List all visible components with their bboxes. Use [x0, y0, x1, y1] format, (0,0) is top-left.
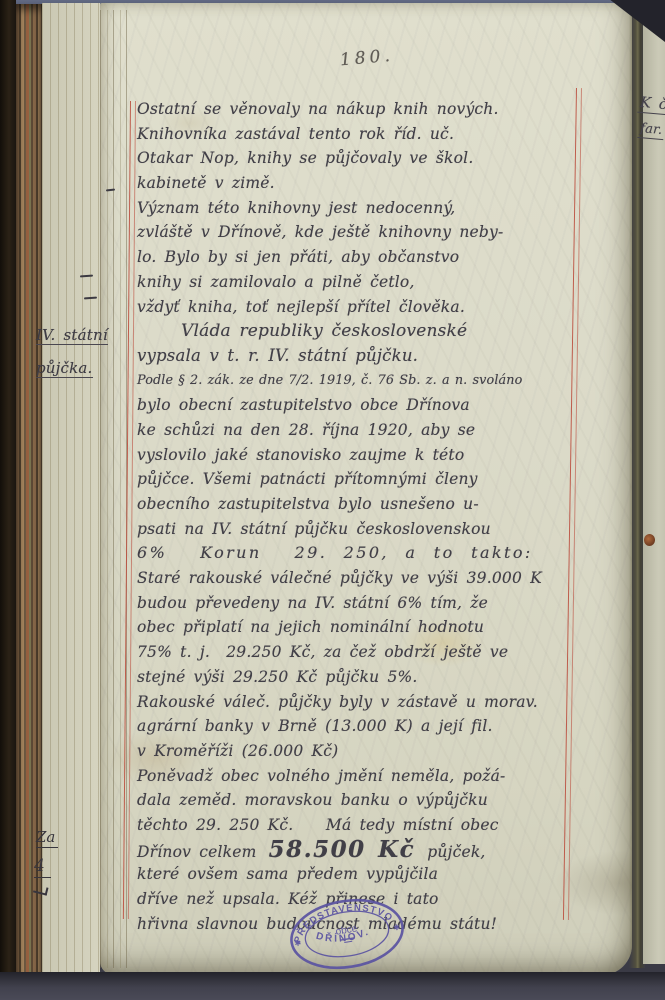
manuscript-line: dala zeměd. moravskou banku o výpůjčku [137, 788, 589, 813]
manuscript-line: kabinetě v zimě. [137, 171, 589, 196]
manuscript-line: které ovšem sama předem vypůjčila [137, 862, 589, 887]
manuscript-line: lo. Bylo by si jen přáti, aby občanstvo [137, 245, 589, 270]
manuscript-line: knihy si zamilovalo a pilně četlo, [137, 270, 589, 295]
manuscript-line: půjčce. Všemi patnácti přítomnými členy [137, 467, 589, 492]
manuscript-line: v Kroměříži (26.000 Kč) [137, 739, 589, 764]
margin-note-line2: půjčka. [36, 359, 93, 378]
stamp-star-right-icon: ✱ [393, 923, 401, 933]
manuscript-line: Staré rakouské válečné půjčky ve výši 39… [137, 566, 589, 591]
manuscript-text-block: Ostatní se věnovaly na nákup knih nových… [137, 97, 589, 936]
book-binding [0, 0, 16, 1000]
manuscript-line: Význam této knihovny jest nedocenný, [137, 196, 589, 221]
manuscript-line: psati na IV. státní půjčku československ… [137, 517, 589, 542]
manuscript-line: zvláště v Dřínově, kde ještě knihovny ne… [137, 220, 589, 245]
manuscript-line: 75% t. j. 29.250 Kč, za čež obdrží ještě… [137, 640, 589, 665]
total-amount: 58.500 Kč [265, 836, 420, 863]
manuscript-line: Rakouské váleč. půjčky byly v zástavě u … [137, 690, 589, 715]
manuscript-line: ke schůzi na den 28. října 1920, aby se [137, 418, 589, 443]
manuscript-line-amount: 6% Korun 29. 250, a to takto: [137, 541, 589, 566]
manuscript-line: vyslovilo jaké stanovisko zaujme k této [137, 443, 589, 468]
margin-note: IV. státní půjčka. [36, 319, 108, 385]
manuscript-line: stejné výši 29.250 Kč půjčku 5%. [137, 665, 589, 690]
manuscript-line: Otakar Nop, knihy se půjčovaly ve škol. [137, 146, 589, 171]
adjacent-page-fragment: far. [637, 121, 665, 140]
manuscript-line: agrární banky v Brně (13.000 K) a její f… [137, 714, 589, 739]
manuscript-line: bylo obecní zastupitelstvo obce Dřínova [137, 393, 589, 418]
manuscript-line: Ostatní se věnovaly na nákup knih nových… [137, 97, 589, 122]
adjacent-page-fragment: K č [637, 95, 665, 116]
edge-mark-numeral: 4 [34, 856, 51, 878]
manuscript-line: těchto 29. 250 Kč. Má tedy místní obec [137, 813, 589, 838]
manuscript-line-paragraph-start: Vláda republiky československé [137, 319, 589, 344]
manuscript-line: Knihovníka zastával tento rok říd. uč. [137, 122, 589, 147]
manuscript-line: vypsala v t. r. IV. státní půjčku. [137, 344, 589, 369]
total-post: půjček, [419, 843, 485, 861]
manuscript-line: obec připlatí na jejich nominální hodnot… [137, 615, 589, 640]
total-pre: Dřínov celkem [137, 843, 265, 861]
manuscript-line: obecního zastupitelstva bylo usnešeno u- [137, 492, 589, 517]
manuscript-line-citation: Podle § 2. zák. ze dne 7/2. 1919, č. 76 … [137, 369, 589, 394]
manuscript-line: budou převedeny na IV. státní 6% tím, že [137, 591, 589, 616]
manuscript-line: vždyť kniha, toť nejlepší přítel člověka… [137, 295, 589, 320]
manuscript-line: Poněvadž obec volného jmění neměla, požá… [137, 764, 589, 789]
margin-note-line1: IV. státní [36, 326, 108, 345]
photo-background-bottom [0, 972, 665, 1000]
binding-hole [644, 534, 655, 546]
edge-mark-za: Za [36, 828, 58, 848]
manuscript-line-total-amount: Dřínov celkem 58.500 Kč půjček, [137, 838, 589, 863]
adjacent-page-edge [643, 2, 665, 964]
